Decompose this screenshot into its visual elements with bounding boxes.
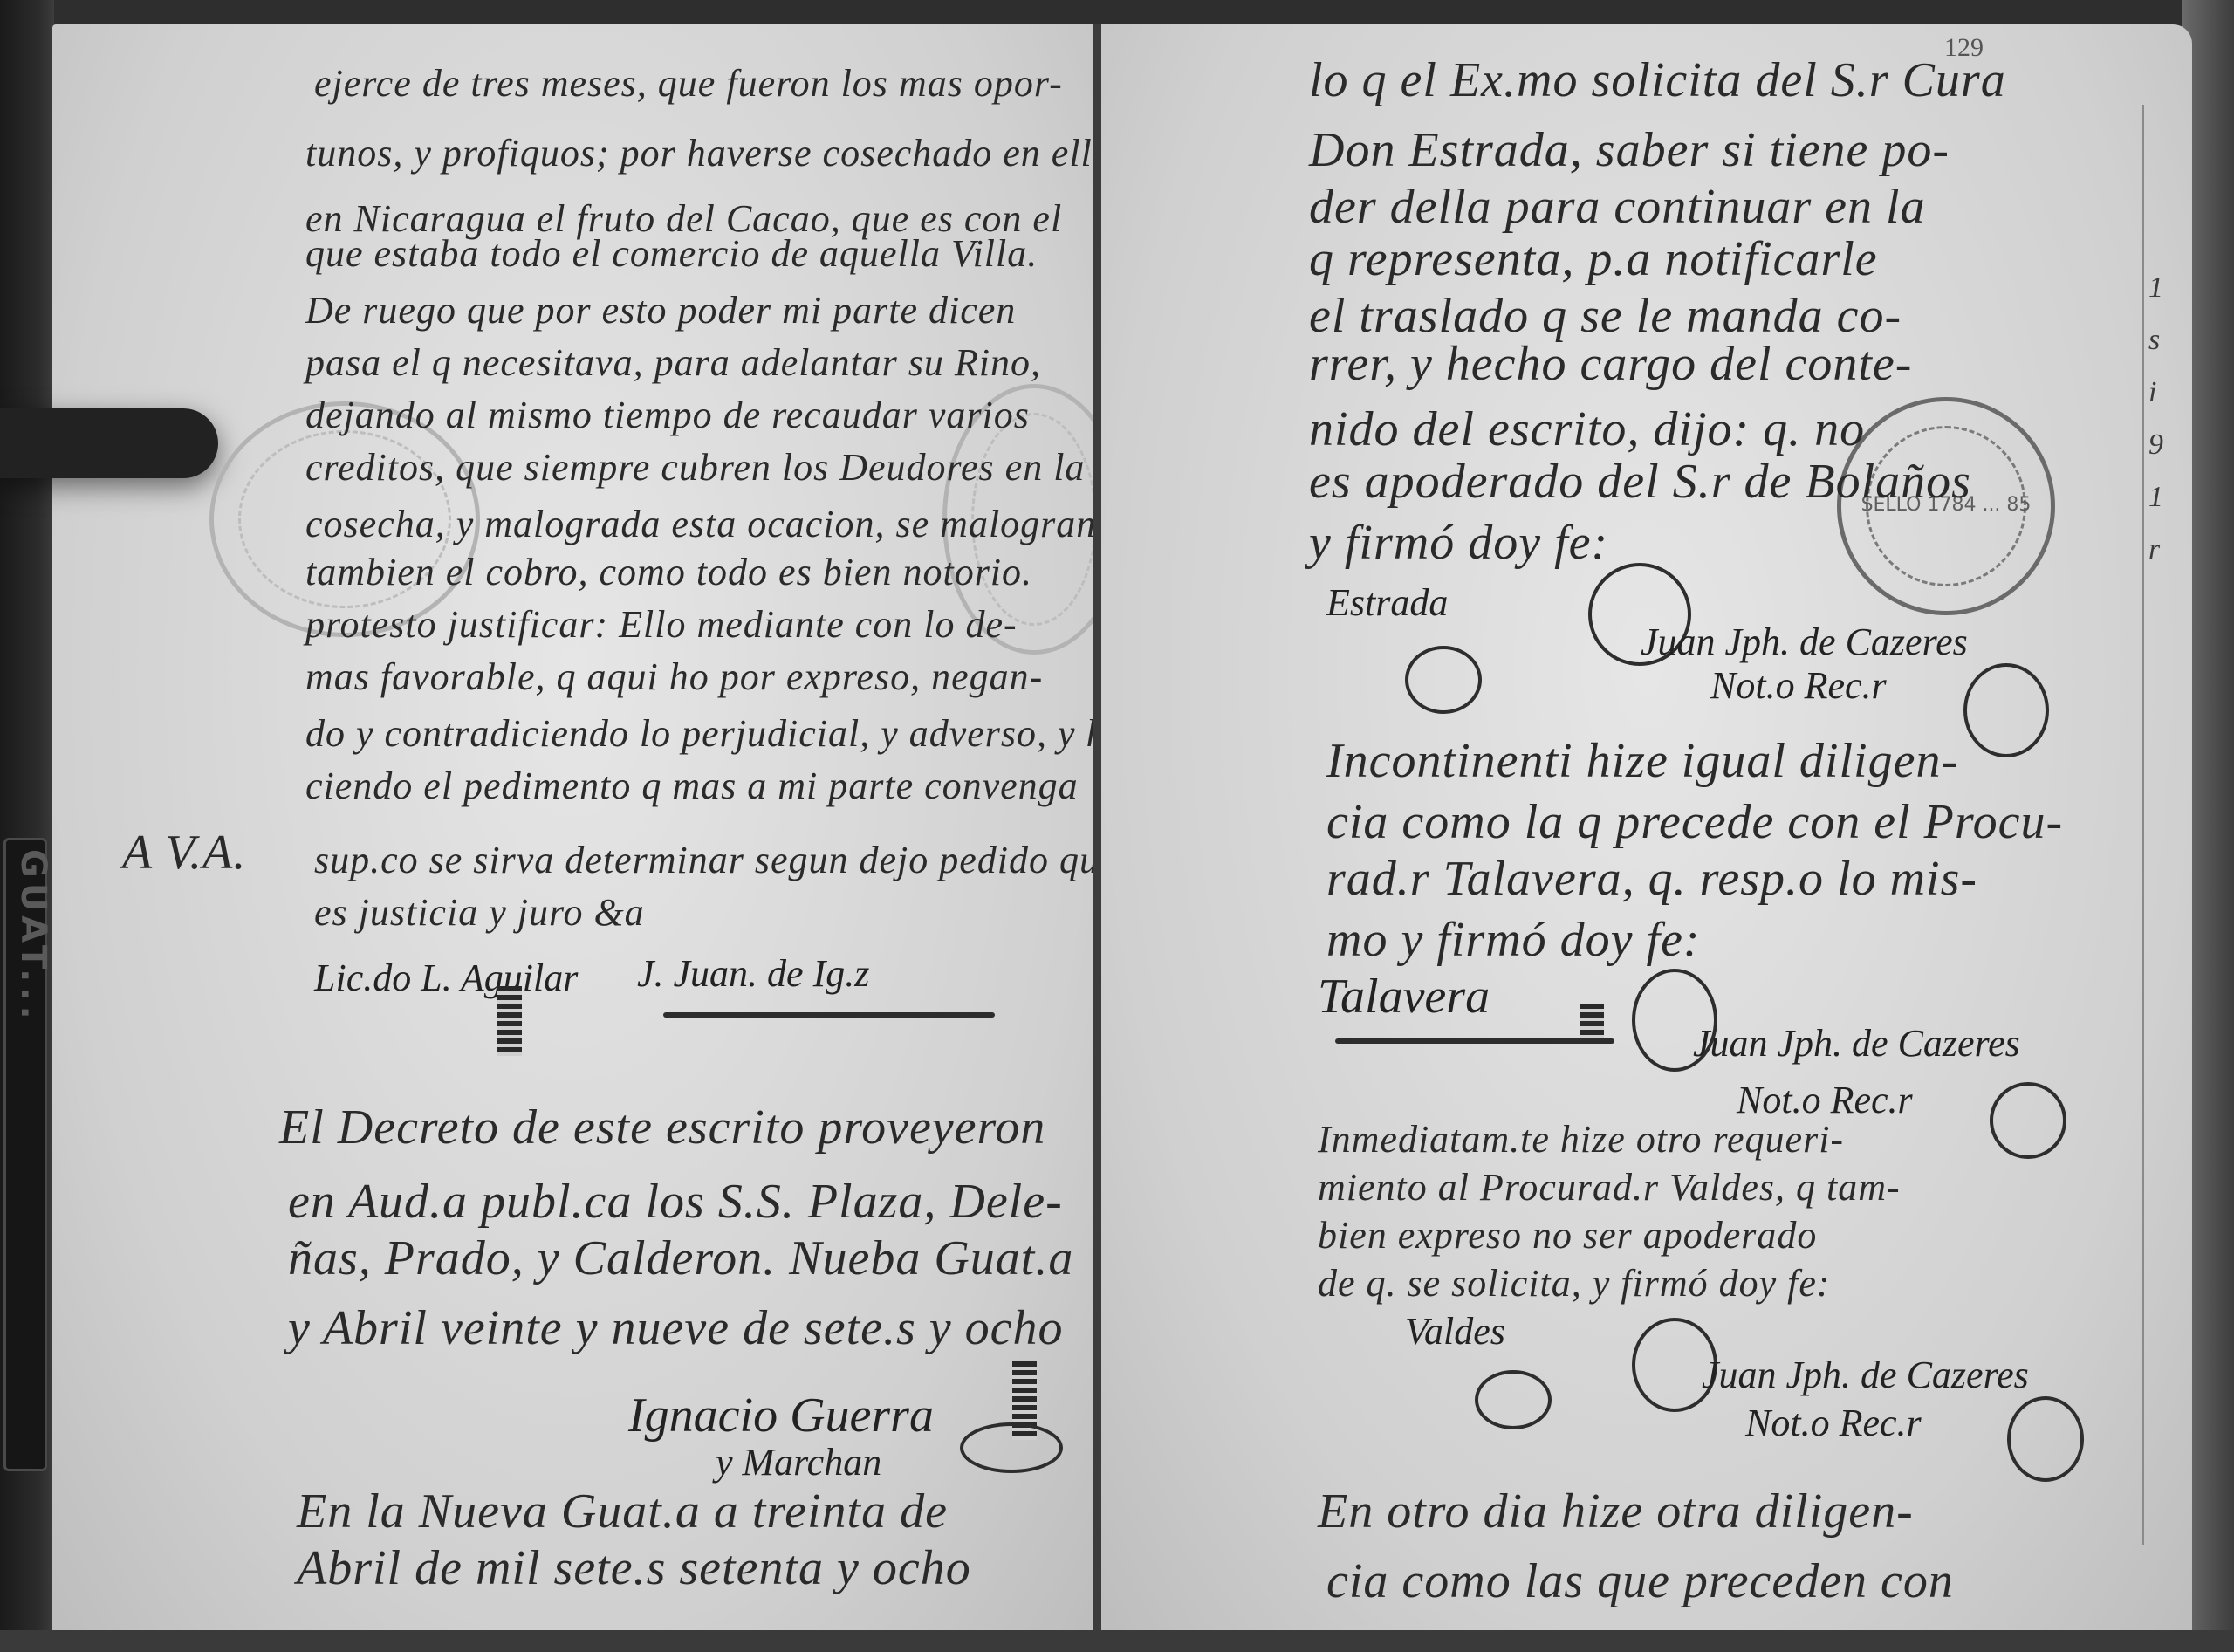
- marginalia-5: 1: [2148, 471, 2180, 524]
- left-line-1: ejerce de tres meses, que fueron los mas…: [314, 61, 1063, 106]
- entry4-line-2: cia como las que preceden con: [1326, 1553, 1954, 1609]
- sign2-flourish: [1335, 1038, 1614, 1044]
- decree-rubric: [960, 1422, 1063, 1473]
- sign1-witness-rubric: [1405, 646, 1482, 714]
- right-line-6: rrer, y hecho cargo del conte-: [1309, 336, 1912, 392]
- sign2-notary: Juan Jph. de Cazeres: [1693, 1021, 2020, 1066]
- margin-rule: [2142, 105, 2144, 1545]
- right-line-1: lo q el Ex.mo solicita del S.r Cura: [1309, 52, 2006, 108]
- entry3-line-4: de q. se solicita, y firmó doy fe:: [1318, 1261, 1831, 1306]
- decree-signature-surname: y Marchan: [716, 1440, 881, 1484]
- marginalia-3: i: [2148, 367, 2180, 419]
- closing-line-2: Abril de mil sete.s setenta y ocho: [297, 1540, 971, 1596]
- left-line-6: pasa el q necesitava, para adelantar su …: [305, 340, 1041, 385]
- sign2-witness: Talavera: [1318, 969, 1490, 1025]
- book-spine: GUAT...: [0, 0, 54, 1652]
- signature-flourish: [663, 1012, 995, 1018]
- right-line-4: q representa, p.a notificarle: [1309, 231, 1878, 287]
- entry4-line-1: En otro dia hize otra diligen-: [1318, 1484, 1914, 1539]
- left-line-4: que estaba todo el comercio de aquella V…: [305, 231, 1038, 276]
- holding-finger: [0, 408, 218, 478]
- decree-line-4: y Abril veinte y nueve de sete.s y ocho: [288, 1300, 1064, 1356]
- marginalia-6: r: [2148, 524, 2180, 576]
- decree-line-3: ñas, Prado, y Calderon. Nueba Guat.a: [288, 1230, 1073, 1286]
- entry3-line-3: bien expreso no ser apoderado: [1318, 1213, 1817, 1258]
- decree-signature-name: Ignacio Guerra: [628, 1388, 934, 1443]
- marginalia-2: s: [2148, 314, 2180, 367]
- left-line-9: cosecha, y malograda esta ocacion, se ma…: [305, 502, 1096, 546]
- sign2-rubric-mark: [1580, 1004, 1604, 1038]
- entry2-line-2: cia como la q precede con el Procu-: [1326, 794, 2063, 850]
- left-line-10: tambien el cobro, como todo es bien noto…: [305, 550, 1032, 594]
- right-line-2: Don Estrada, saber si tiene po-: [1309, 122, 1950, 178]
- spine-label-text: GUAT...: [13, 849, 53, 1025]
- entry2-line-3: rad.r Talavera, q. resp.o lo mis-: [1326, 851, 1977, 907]
- left-line-13: do y contradiciendo lo perjudicial, y ad…: [305, 711, 1140, 756]
- sign1-notary: Juan Jph. de Cazeres: [1641, 620, 1968, 664]
- left-line-5: De ruego que por esto poder mi parte dic…: [305, 288, 1016, 332]
- marginalia-1: 1: [2148, 262, 2180, 314]
- decree-line-1: El Decreto de este escrito proveyeron: [279, 1100, 1045, 1155]
- right-line-7: nido del escrito, dijo: q. no: [1309, 401, 1865, 457]
- sign1-title: Not.o Rec.r: [1710, 663, 1887, 708]
- left-margin-mark: A V.A.: [122, 825, 246, 881]
- right-line-8: es apoderado del S.r de Bolaños: [1309, 454, 1971, 510]
- rubric-mark: [497, 986, 522, 1056]
- entry2-line-4: mo y firmó doy fe:: [1326, 912, 1701, 968]
- scan-bottom-edge: [0, 1630, 2234, 1652]
- left-line-11: protesto justificar: Ello mediante con l…: [305, 602, 1018, 647]
- left-line-12: mas favorable, q aqui ho por expreso, ne…: [305, 655, 1043, 699]
- sign3-witness-rubric: [1475, 1370, 1552, 1429]
- closing-line-1: En la Nueva Guat.a a treinta de: [297, 1484, 948, 1539]
- spine-label: GUAT...: [3, 838, 47, 1471]
- left-line-14: ciendo el pedimento q mas a mi parte con…: [305, 764, 1079, 808]
- sign3-notary-rubric: [2007, 1396, 2084, 1482]
- sign1-notary-rubric: [1963, 663, 2049, 757]
- decree-line-2: en Aud.a publ.ca los S.S. Plaza, Dele-: [288, 1174, 1063, 1230]
- entry2-line-1: Incontinenti hize igual diligen-: [1326, 733, 1958, 789]
- sign3-witness: Valdes: [1405, 1309, 1505, 1354]
- marginalia: 1 s i 9 1 r: [2148, 262, 2180, 576]
- sign2-title: Not.o Rec.r: [1737, 1078, 1913, 1122]
- entry3-line-2: miento al Procurad.r Valdes, q tam-: [1318, 1165, 1901, 1210]
- sign1-witness: Estrada: [1326, 580, 1448, 625]
- left-line-16: es justicia y juro &a: [314, 890, 645, 935]
- right-line-3: der della para continuar en la: [1309, 179, 1926, 235]
- left-line-2: tunos, y profiquos; por haverse cosechad…: [305, 131, 1128, 175]
- left-line-7: dejando al mismo tiempo de recaudar vari…: [305, 393, 1030, 437]
- left-line-8: creditos, que siempre cubren los Deudore…: [305, 445, 1085, 490]
- left-line-15: sup.co se sirva determinar segun dejo pe…: [314, 838, 1118, 882]
- entry3-line-1: Inmediatam.te hize otro requeri-: [1318, 1117, 1844, 1162]
- marginalia-4: 9: [2148, 419, 2180, 471]
- sign3-notary: Juan Jph. de Cazeres: [1702, 1353, 2029, 1397]
- sign3-title: Not.o Rec.r: [1745, 1401, 1922, 1445]
- signature-ig: J. Juan. de Ig.z: [637, 951, 869, 996]
- signature-aguilar: Lic.do L. Aguilar: [314, 956, 578, 1000]
- right-line-9: y firmó doy fe:: [1309, 515, 1608, 571]
- sign2-notary-rubric: [1990, 1082, 2066, 1159]
